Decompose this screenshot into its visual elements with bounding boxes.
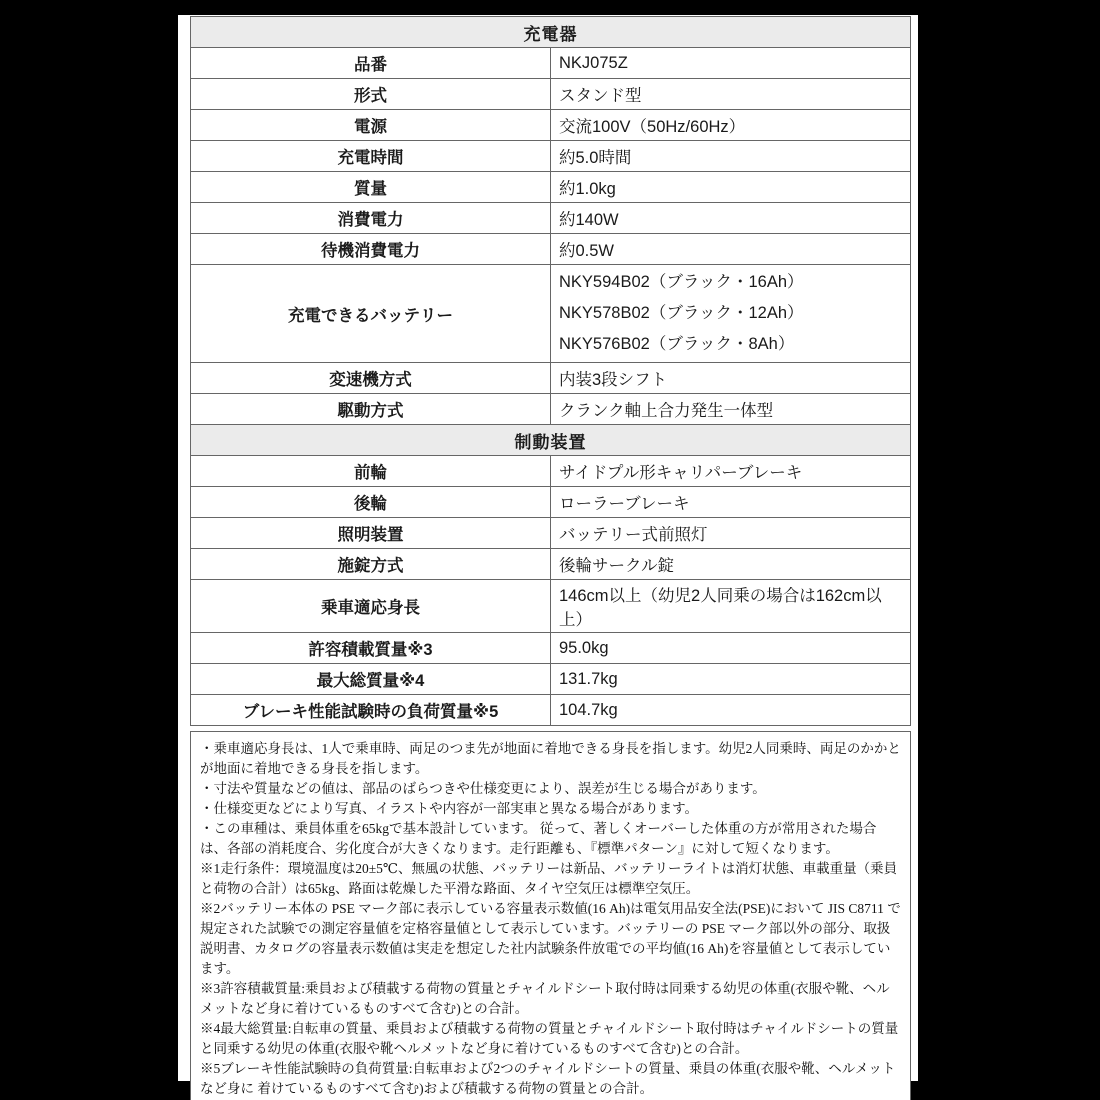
section-header: 充電器 [191,17,911,48]
spec-row: 施錠方式後輪サークル錠 [191,549,911,580]
page-background: 充電器品番NKJ075Z形式スタンド型電源交流100V（50Hz/60Hz）充電… [0,0,1100,1100]
spec-label: 充電時間 [191,141,551,172]
spec-label: 後輪 [191,487,551,518]
spec-value: 131.7kg [551,664,911,695]
spec-label: 形式 [191,79,551,110]
note-item: ※3許容積載質量:乗員および積載する荷物の質量とチャイルドシート取付時は同乗する… [200,979,901,1019]
section-header-row: 制動装置 [191,425,911,456]
notes-box: ・乗車適応身長は、1人で乗車時、両足のつま先が地面に着地できる身長を指します。幼… [190,731,911,1100]
spec-value: 約140W [551,203,911,234]
spec-row: 変速機方式内装3段シフト [191,363,911,394]
spec-label: 変速機方式 [191,363,551,394]
spec-value: 後輪サークル錠 [551,549,911,580]
spec-row: 前輪サイドプル形キャリパーブレーキ [191,456,911,487]
spec-label: 前輪 [191,456,551,487]
spec-label: 駆動方式 [191,394,551,425]
spec-row: 後輪ローラーブレーキ [191,487,911,518]
spec-value: クランク軸上合力発生一体型 [551,394,911,425]
spec-value: NKJ075Z [551,48,911,79]
battery-line: NKY576B02（ブラック・8Ah） [559,329,902,360]
note-item: ※4最大総質量:自転車の質量、乗員および積載する荷物の質量とチャイルドシート取付… [200,1019,901,1059]
spec-value: ローラーブレーキ [551,487,911,518]
spec-label: 最大総質量※4 [191,664,551,695]
note-item: ※1走行条件：環境温度は20±5℃、無風の状態、バッテリーは新品、バッテリーライ… [200,859,901,899]
spec-row: 消費電力約140W [191,203,911,234]
spec-label: 充電できるバッテリー [191,265,551,363]
spec-row: 許容積載質量※395.0kg [191,633,911,664]
spec-row: ブレーキ性能試験時の負荷質量※5104.7kg [191,695,911,726]
spec-label: 質量 [191,172,551,203]
spec-value: 約5.0時間 [551,141,911,172]
spec-label: 電源 [191,110,551,141]
spec-value: サイドプル形キャリパーブレーキ [551,456,911,487]
spec-label: ブレーキ性能試験時の負荷質量※5 [191,695,551,726]
battery-line: NKY594B02（ブラック・16Ah） [559,267,902,298]
note-item: ※2バッテリー本体の PSE マーク部に表示している容量表示数値(16 Ah)は… [200,899,901,979]
spec-row: 質量約1.0kg [191,172,911,203]
spec-row: 電源交流100V（50Hz/60Hz） [191,110,911,141]
spec-value: バッテリー式前照灯 [551,518,911,549]
spec-value: 146cm以上（幼児2人同乗の場合は162cm以上） [551,580,911,633]
spec-value: 内装3段シフト [551,363,911,394]
spec-label: 施錠方式 [191,549,551,580]
spec-row: 品番NKJ075Z [191,48,911,79]
spec-value: 95.0kg [551,633,911,664]
spec-table-body: 充電器品番NKJ075Z形式スタンド型電源交流100V（50Hz/60Hz）充電… [191,17,911,726]
spec-value: NKY594B02（ブラック・16Ah）NKY578B02（ブラック・12Ah）… [551,265,911,363]
spec-row: 最大総質量※4131.7kg [191,664,911,695]
note-item: ※5ブレーキ性能試験時の負荷質量:自転車および2つのチャイルドシートの質量、乗員… [200,1059,901,1099]
spec-row: 充電時間約5.0時間 [191,141,911,172]
note-item: ・乗車適応身長は、1人で乗車時、両足のつま先が地面に着地できる身長を指します。幼… [200,739,901,779]
note-item: ・仕様変更などにより写真、イラストや内容が一部実車と異なる場合があります。 [200,799,901,819]
spec-label: 照明装置 [191,518,551,549]
spec-table: 充電器品番NKJ075Z形式スタンド型電源交流100V（50Hz/60Hz）充電… [190,16,911,726]
spec-label: 許容積載質量※3 [191,633,551,664]
note-item: ・この車種は、乗員体重を65kgで基本設計しています。 従って、著しくオーバーし… [200,819,901,859]
spec-label: 乗車適応身長 [191,580,551,633]
spec-row: 充電できるバッテリーNKY594B02（ブラック・16Ah）NKY578B02（… [191,265,911,363]
spec-label: 品番 [191,48,551,79]
spec-value: 約0.5W [551,234,911,265]
spec-row: 駆動方式クランク軸上合力発生一体型 [191,394,911,425]
spec-row: 待機消費電力約0.5W [191,234,911,265]
spec-sheet: 充電器品番NKJ075Z形式スタンド型電源交流100V（50Hz/60Hz）充電… [178,15,918,1081]
spec-row: 形式スタンド型 [191,79,911,110]
section-header: 制動装置 [191,425,911,456]
spec-value: スタンド型 [551,79,911,110]
spec-row: 照明装置バッテリー式前照灯 [191,518,911,549]
note-item: ・寸法や質量などの値は、部品のばらつきや仕様変更により、誤差が生じる場合がありま… [200,779,901,799]
spec-row: 乗車適応身長146cm以上（幼児2人同乗の場合は162cm以上） [191,580,911,633]
battery-line: NKY578B02（ブラック・12Ah） [559,298,902,329]
spec-value: 約1.0kg [551,172,911,203]
spec-label: 待機消費電力 [191,234,551,265]
section-header-row: 充電器 [191,17,911,48]
spec-value: 104.7kg [551,695,911,726]
spec-value: 交流100V（50Hz/60Hz） [551,110,911,141]
spec-label: 消費電力 [191,203,551,234]
